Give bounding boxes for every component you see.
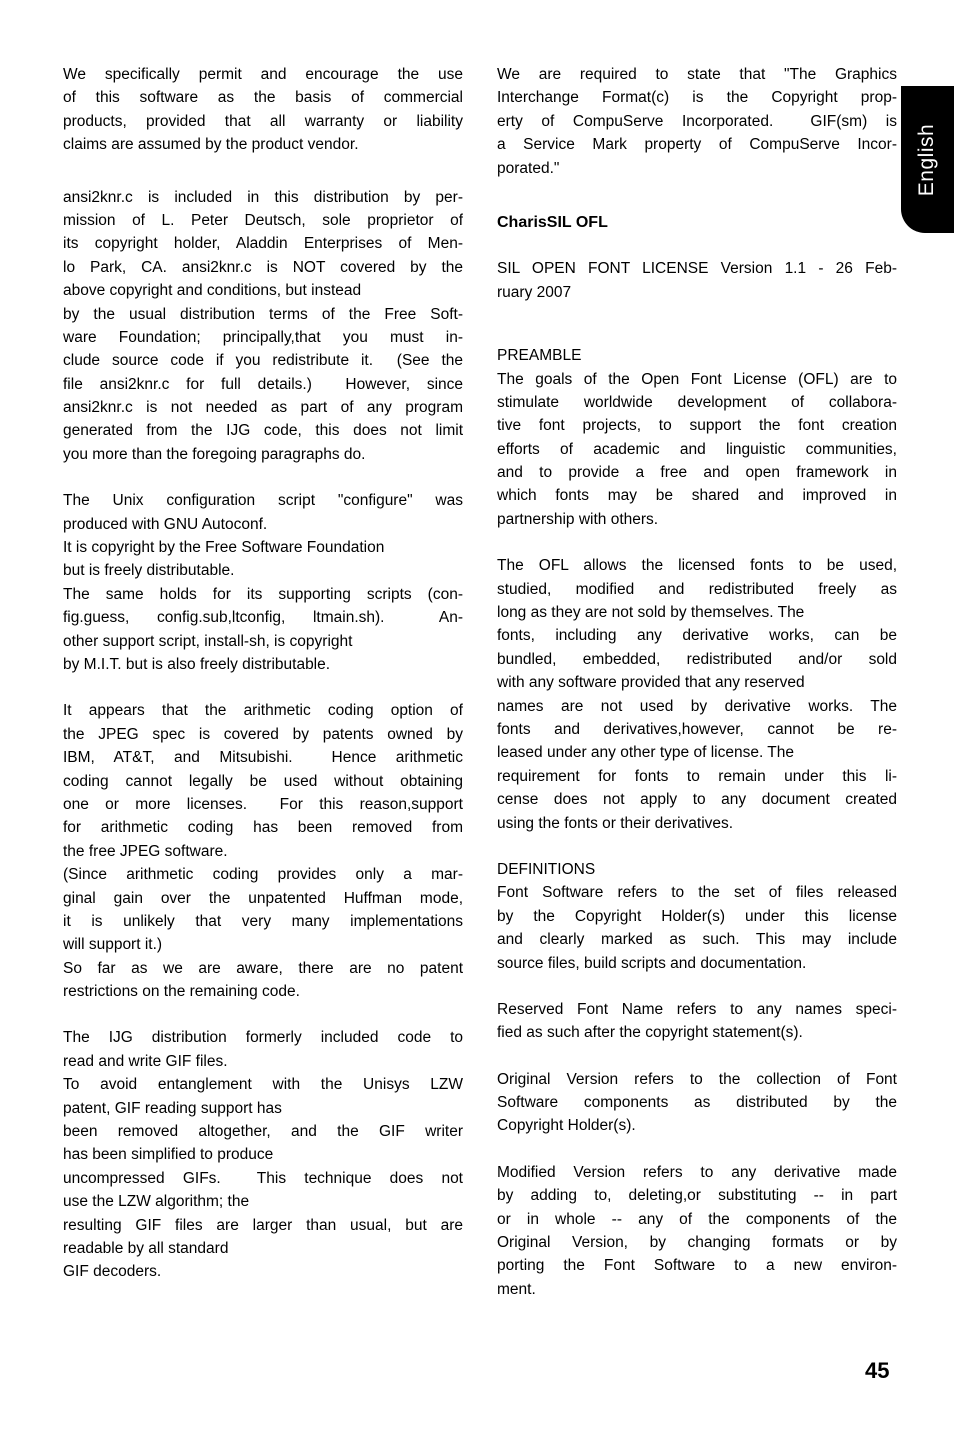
text-line: for arithmetic coding has been removed f… bbox=[63, 816, 463, 839]
text-line: To avoid entanglement with the Unisys LZ… bbox=[63, 1073, 463, 1096]
paragraph: The OFL allows the licensed fonts to be … bbox=[497, 554, 897, 835]
text-line: partnership with others. bbox=[497, 508, 897, 531]
text-line: tive font projects, to support the font … bbox=[497, 414, 897, 437]
text-line: efforts of academic and linguistic commu… bbox=[497, 438, 897, 461]
text-line: lo Park, CA. ansi2knr.c is NOT covered b… bbox=[63, 256, 463, 279]
text-line: leased under any other type of license. … bbox=[497, 741, 897, 764]
text-line: the JPEG spec is covered by patents owne… bbox=[63, 723, 463, 746]
text-line: by adding to, deleting,or substituting -… bbox=[497, 1184, 897, 1207]
paragraph: ansi2knr.c is included in this distribut… bbox=[63, 186, 463, 467]
paragraph: We specifically permit and encourage the… bbox=[63, 63, 463, 157]
text-line: Reserved Font Name refers to any names s… bbox=[497, 998, 897, 1021]
text-line: by the Copyright Holder(s) under this li… bbox=[497, 905, 897, 928]
text-line: but is freely distributable. bbox=[63, 559, 463, 582]
paragraph: DEFINITIONSFont Software refers to the s… bbox=[497, 858, 897, 975]
paragraph: Original Version refers to the collectio… bbox=[497, 1068, 897, 1138]
text-line: the free JPEG software. bbox=[63, 840, 463, 863]
text-line: will support it.) bbox=[63, 933, 463, 956]
text-line: with any software provided that any rese… bbox=[497, 671, 897, 694]
text-line: coding cannot legally be used without ob… bbox=[63, 770, 463, 793]
text-line: ansi2knr.c is not needed as part of any … bbox=[63, 396, 463, 419]
text-line: produced with GNU Autoconf. bbox=[63, 513, 463, 536]
text-line: The Unix configuration script "configure… bbox=[63, 489, 463, 512]
text-line: ruary 2007 bbox=[497, 281, 897, 304]
text-line: cense does not apply to any document cre… bbox=[497, 788, 897, 811]
text-line: requirement for fonts to remain under th… bbox=[497, 765, 897, 788]
text-line: The goals of the Open Font License (OFL)… bbox=[497, 368, 897, 391]
text-line: So far as we are aware, there are no pat… bbox=[63, 957, 463, 980]
text-line: other support script, install-sh, is cop… bbox=[63, 630, 463, 653]
text-line: above copyright and conditions, but inst… bbox=[63, 279, 463, 302]
text-line: The OFL allows the licensed fonts to be … bbox=[497, 554, 897, 577]
text-line: (Since arithmetic coding provides only a… bbox=[63, 863, 463, 886]
text-line: names are not used by derivative works. … bbox=[497, 695, 897, 718]
text-line: Copyright Holder(s). bbox=[497, 1114, 897, 1137]
text-line: Original Version, by changing formats or… bbox=[497, 1231, 897, 1254]
paragraph: Reserved Font Name refers to any names s… bbox=[497, 998, 897, 1045]
text-line: stimulate worldwide development of colla… bbox=[497, 391, 897, 414]
text-line: been removed altogether, and the GIF wri… bbox=[63, 1120, 463, 1143]
text-line: file ansi2knr.c for full details.) Howev… bbox=[63, 373, 463, 396]
paragraph: The Unix configuration script "configure… bbox=[63, 489, 463, 676]
text-line: fig.guess, config.sub,ltconfig, ltmain.s… bbox=[63, 606, 463, 629]
text-line: Modified Version refers to any derivativ… bbox=[497, 1161, 897, 1184]
text-line: It is copyright by the Free Software Fou… bbox=[63, 536, 463, 559]
text-line: ginal gain over the unpatented Huffman m… bbox=[63, 887, 463, 910]
text-line: We specifically permit and encourage the… bbox=[63, 63, 463, 86]
text-line: uncompressed GIFs. This technique does n… bbox=[63, 1167, 463, 1190]
text-line: a Service Mark property of CompuServe In… bbox=[497, 133, 897, 156]
text-line: it is unlikely that very many implementa… bbox=[63, 910, 463, 933]
text-line: PREAMBLE bbox=[497, 344, 897, 367]
text-line: read and write GIF files. bbox=[63, 1050, 463, 1073]
text-line: Software components as distributed by th… bbox=[497, 1091, 897, 1114]
text-line: its copyright holder, Aladdin Enterprise… bbox=[63, 232, 463, 255]
text-line: DEFINITIONS bbox=[497, 858, 897, 881]
text-line: GIF decoders. bbox=[63, 1260, 463, 1283]
text-line: studied, modified and redistributed free… bbox=[497, 578, 897, 601]
text-line: generated from the IJG code, this does n… bbox=[63, 419, 463, 442]
text-line: fonts and derivatives,however, cannot be… bbox=[497, 718, 897, 741]
license-text-column-left: We specifically permit and encourage the… bbox=[63, 63, 463, 1284]
text-line: use the LZW algorithm; the bbox=[63, 1190, 463, 1213]
text-line: and to provide a free and open framework… bbox=[497, 461, 897, 484]
language-tab-label: English bbox=[916, 123, 940, 195]
text-line: has been simplified to produce bbox=[63, 1143, 463, 1166]
text-line: which fonts may be shared and improved i… bbox=[497, 484, 897, 507]
paragraph: Modified Version refers to any derivativ… bbox=[497, 1161, 897, 1301]
paragraph: We are required to state that "The Graph… bbox=[497, 63, 897, 180]
paragraph: It appears that the arithmetic coding op… bbox=[63, 699, 463, 1003]
text-line: fonts, including any derivative works, c… bbox=[497, 624, 897, 647]
text-line: It appears that the arithmetic coding op… bbox=[63, 699, 463, 722]
license-text-column-right: We are required to state that "The Graph… bbox=[497, 63, 897, 1301]
paragraph: PREAMBLEThe goals of the Open Font Licen… bbox=[497, 344, 897, 531]
text-line: fied as such after the copyright stateme… bbox=[497, 1021, 897, 1044]
text-line: of this software as the basis of commerc… bbox=[63, 86, 463, 109]
language-tab: English bbox=[901, 86, 954, 233]
text-line: using the fonts or their derivatives. bbox=[497, 812, 897, 835]
text-line: ware Foundation; principally,that you mu… bbox=[63, 326, 463, 349]
page-number: 45 bbox=[865, 1358, 889, 1384]
paragraph: SIL OPEN FONT LICENSE Version 1.1 - 26 F… bbox=[497, 257, 897, 304]
text-line: bundled, embedded, redistributed and/or … bbox=[497, 648, 897, 671]
text-line: ment. bbox=[497, 1278, 897, 1301]
text-line: porated." bbox=[497, 157, 897, 180]
text-line: ansi2knr.c is included in this distribut… bbox=[63, 186, 463, 209]
text-line: source files, build scripts and document… bbox=[497, 952, 897, 975]
text-line: erty of CompuServe Incorporated. GIF(sm)… bbox=[497, 110, 897, 133]
text-line: or in whole -- any of the components of … bbox=[497, 1208, 897, 1231]
text-line: mission of L. Peter Deutsch, sole propri… bbox=[63, 209, 463, 232]
text-line: and clearly marked as such. This may inc… bbox=[497, 928, 897, 951]
text-line: Font Software refers to the set of files… bbox=[497, 881, 897, 904]
text-line: one or more licenses. For this reason,su… bbox=[63, 793, 463, 816]
text-line: resulting GIF files are larger than usua… bbox=[63, 1214, 463, 1237]
text-line: The IJG distribution formerly included c… bbox=[63, 1026, 463, 1049]
text-line: porting the Font Software to a new envir… bbox=[497, 1254, 897, 1277]
text-line: claims are assumed by the product vendor… bbox=[63, 133, 463, 156]
text-line: products, provided that all warranty or … bbox=[63, 110, 463, 133]
text-line: The same holds for its supporting script… bbox=[63, 583, 463, 606]
text-line: by the usual distribution terms of the F… bbox=[63, 303, 463, 326]
text-line: SIL OPEN FONT LICENSE Version 1.1 - 26 F… bbox=[497, 257, 897, 280]
section-heading: CharisSIL OFL bbox=[497, 211, 897, 234]
text-line: you more than the foregoing paragraphs d… bbox=[63, 443, 463, 466]
text-line: Original Version refers to the collectio… bbox=[497, 1068, 897, 1091]
text-line: patent, GIF reading support has bbox=[63, 1097, 463, 1120]
text-line: Interchange Format(c) is the Copyright p… bbox=[497, 86, 897, 109]
text-line: readable by all standard bbox=[63, 1237, 463, 1260]
text-line: IBM, AT&T, and Mitsubishi. Hence arithme… bbox=[63, 746, 463, 769]
text-line: restrictions on the remaining code. bbox=[63, 980, 463, 1003]
text-line: We are required to state that "The Graph… bbox=[497, 63, 897, 86]
text-line: long as they are not sold by themselves.… bbox=[497, 601, 897, 624]
paragraph: The IJG distribution formerly included c… bbox=[63, 1026, 463, 1283]
text-line: by M.I.T. but is also freely distributab… bbox=[63, 653, 463, 676]
text-line: clude source code if you redistribute it… bbox=[63, 349, 463, 372]
